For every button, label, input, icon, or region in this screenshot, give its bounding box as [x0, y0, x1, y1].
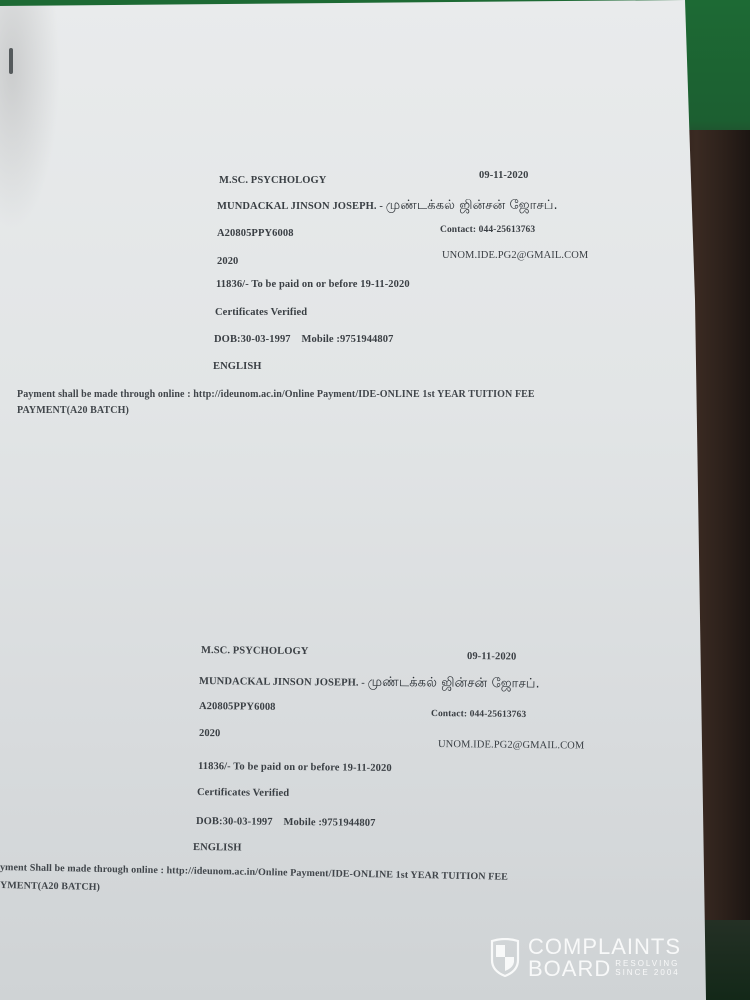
watermark-line2: BOARD [528, 958, 611, 980]
enrollment-number: A20805PPY6008 [217, 228, 294, 239]
watermark-text: COMPLAINTS BOARD RESOLVING SINCE 2004 [528, 936, 681, 980]
contact-email: UNOM.IDE.PG2@GMAIL.COM [438, 739, 584, 752]
contact-phone: Contact: 044-25613763 [440, 225, 535, 235]
medium: ENGLISH [213, 361, 262, 372]
admission-year: 2020 [199, 728, 221, 739]
certificate-status: Certificates Verified [215, 307, 307, 318]
complaintsboard-watermark: COMPLAINTS BOARD RESOLVING SINCE 2004 [490, 936, 681, 980]
student-name: MUNDACKAL JINSON JOSEPH. - முண்டக்கல் ஜி… [217, 198, 558, 214]
student-name-tamil: முண்டக்கல் ஜின்சன் ஜோசப். [368, 675, 540, 692]
fee-due: 11836/- To be paid on or before 19-11-20… [198, 761, 392, 774]
certificate-status: Certificates Verified [197, 787, 289, 799]
issue-date: 09-11-2020 [479, 170, 528, 181]
admission-year: 2020 [217, 256, 238, 267]
course-name: M.SC. PSYCHOLOGY [219, 175, 326, 186]
watermark-line1: COMPLAINTS [528, 936, 681, 958]
contact-phone: Contact: 044-25613763 [431, 709, 526, 720]
watermark-tagline: RESOLVING SINCE 2004 [615, 960, 679, 978]
watermark-line2-row: BOARD RESOLVING SINCE 2004 [528, 958, 681, 980]
payment-instruction: Payment shall be made through online : h… [17, 389, 535, 400]
student-name-english: MUNDACKAL JINSON JOSEPH. - [199, 676, 365, 689]
student-name: MUNDACKAL JINSON JOSEPH. - முண்டக்கல் ஜி… [199, 673, 540, 693]
fee-due: 11836/- To be paid on or before 19-11-20… [216, 279, 410, 290]
enrollment-number: A20805PPY6008 [199, 701, 276, 713]
contact-email: UNOM.IDE.PG2@GMAIL.COM [442, 250, 588, 261]
staple-mark [9, 48, 13, 74]
course-name: M.SC. PSYCHOLOGY [201, 645, 309, 657]
shield-icon [490, 938, 520, 978]
payment-instruction-cont: PAYMENT(A20 BATCH) [17, 405, 129, 416]
student-name-tamil: முண்டக்கல் ஜின்சன் ஜோசப். [386, 198, 558, 213]
paper-fold-shadow [0, 0, 60, 230]
dob-mobile: DOB:30-03-1997 Mobile :9751944807 [196, 816, 376, 829]
paper-sheet: M.SC. PSYCHOLOGY 09-11-2020 MUNDACKAL JI… [0, 0, 750, 1000]
student-name-english: MUNDACKAL JINSON JOSEPH. - [217, 201, 383, 212]
payment-instruction: yment Shall be made through online : htt… [0, 862, 508, 883]
dob-mobile: DOB:30-03-1997 Mobile :9751944807 [214, 334, 393, 345]
issue-date: 09-11-2020 [467, 651, 517, 663]
payment-instruction-cont: YMENT(A20 BATCH) [0, 880, 100, 893]
medium: ENGLISH [193, 842, 242, 854]
watermark-tag2: SINCE 2004 [615, 969, 679, 978]
